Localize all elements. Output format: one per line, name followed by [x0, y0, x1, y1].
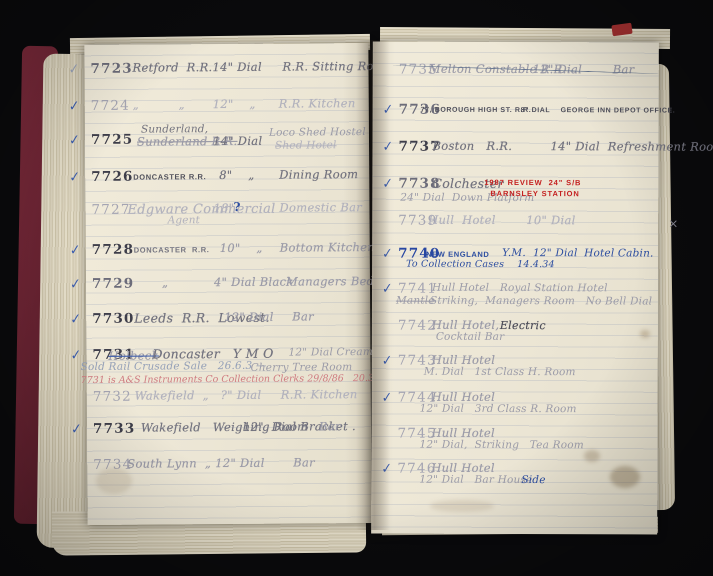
book-gutter — [356, 40, 390, 530]
entry-number: 7724 — [91, 100, 130, 114]
ledger-entry-7737: ✓ 7737 Boston R.R. 14" Dial Refreshment … — [372, 141, 684, 168]
entry-number: 7732 — [93, 391, 132, 405]
room-location: Bar — [319, 421, 341, 433]
struck-room: Shed Hotel — [275, 140, 337, 151]
entry-number: 7733 — [93, 423, 135, 437]
dial-size: 10" Dial — [526, 215, 575, 227]
ledger-entry-7726: ✓ 7726 Doncaster R.R. 8" „ Dining Room — [61, 169, 369, 197]
check-icon: ✓ — [70, 312, 81, 327]
ledger-entry-7739: 7739 Hull Hotel 10" Dial × — [372, 215, 684, 242]
check-icon: ✓ — [71, 422, 82, 437]
room-location: Bar — [293, 457, 315, 469]
ledger-entry-7744: ✓ 7744 Hull Hotel 12" Dial 3rd Class R. … — [372, 392, 684, 423]
check-icon: ✓ — [69, 99, 80, 114]
hotel-name: Hull Hotel Royal Station Hotel — [432, 283, 608, 294]
entry-number: 7728 — [92, 244, 134, 258]
ditto-mark: „ — [162, 277, 168, 289]
check-icon: ✓ — [70, 243, 81, 258]
dial-size: ?" Dial — [221, 390, 262, 402]
ledger-entry-7745: 7745 Hull Hotel 12" Dial, Striking Tea R… — [371, 427, 683, 458]
entry-number: 7727 — [91, 204, 130, 218]
ledger-entry-7734: 7734 South Lynn „ 12" Dial Bar — [63, 457, 371, 485]
dial-size: 12" Dial — [224, 312, 274, 324]
ledger-entry-7732: 7732 Wakefield „ ?" Dial R.R. Kitchen — [63, 389, 371, 417]
ledger-entry-7731: ✓ 7731 Holbeck Doncaster Y M O 12" Dial … — [62, 347, 370, 393]
ledger-entry-7735: 7735 Melton Constable R.R. 12" Dial Bar — [373, 64, 685, 91]
x-mark: × — [668, 218, 678, 230]
room-note: 12" Dial 3rd Class R. Room — [420, 404, 577, 415]
room-note: Striking, Managers Room No Bell Dial — [430, 296, 652, 307]
sold-note: Sold Rail Crusade Sale 26.6.3 — — [81, 361, 267, 373]
ledger-entry-7729: ✓ 7729 „ 4" Dial Black Managers Bedroom — [62, 276, 370, 304]
entry-number: 7725 — [91, 134, 133, 148]
red-station-annotation: Barnsley Station — [490, 190, 579, 198]
station-name: Edgware Commercial — [127, 203, 275, 217]
station-name-line2: Agent — [168, 215, 201, 226]
room-location: Cherry Tree Room — [251, 362, 353, 373]
room-location: R.R. Kitchen — [279, 98, 356, 110]
room-location: Cocktail Bar — [436, 332, 505, 343]
room-location: R.R. Kitchen — [281, 389, 358, 401]
ledger-entry-7723: ✓ 7723 Retford R.R. 14" Dial R.R. Sittin… — [60, 61, 368, 89]
entry-number: 7723 — [90, 63, 132, 77]
dial-size: 8" Dial — [521, 107, 551, 114]
check-icon: ✓ — [69, 170, 80, 185]
room-location: Domestic Bar — [279, 202, 362, 214]
hotel-name: Hull Hotel — [432, 392, 496, 404]
hotel-name: Hull Hotel — [428, 215, 496, 227]
station-name: Wakefield „ — [135, 390, 209, 402]
hotel-name: Hull Hotel, — [432, 320, 500, 332]
query-mark: ? — [233, 201, 240, 213]
struck-word: Mantle — [396, 296, 435, 307]
red-review-annotation: 1987 Review 24" S/B — [484, 179, 581, 187]
ledger-right-page: 7735 Melton Constable R.R. 12" Dial Bar … — [371, 42, 659, 535]
dial-size: 14" Dial Refreshment Room Bar — [550, 141, 713, 153]
ledger-entry-7730: ✓ 7730 Leeds R.R. Lowest. 12" Dial Bar — [62, 311, 370, 339]
check-icon: ✓ — [70, 277, 81, 292]
room-note: 12" Dial Bar House — [419, 475, 532, 486]
station-name: 77, Borough High St. R.R. — [421, 107, 532, 114]
ledger-entry-7727: 7727 Edgware Commercial Agent 18" ? Dome… — [61, 202, 369, 230]
hotel-name: Hull Hotel — [431, 463, 495, 475]
station-name: Doncaster R.R. — [134, 246, 210, 254]
dial-size: 14" Dial — [212, 62, 262, 74]
collection-note: To Collection Cases 14.4.34 — [406, 260, 555, 270]
ledger-left-page: ✓ 7723 Retford R.R. 14" Dial R.R. Sittin… — [84, 43, 371, 525]
entry-number: 7726 — [91, 171, 133, 185]
room-location: Dining Room — [279, 169, 358, 181]
dial-size: 12" „ — [213, 99, 256, 111]
ledger-entry-7743: ✓ 7743 Hull Hotel M. Dial 1st Class H. R… — [372, 355, 684, 386]
room-note: M. Dial 1st Class H. Room — [424, 367, 576, 378]
dial-size: 12" Dial — [215, 458, 265, 470]
room-location: Bar — [292, 311, 314, 323]
ledger-photo: ✓ 7723 Retford R.R. 14" Dial R.R. Sittin… — [0, 0, 713, 576]
ledger-entry-7741: ✓ 7741 Hull Hotel Royal Station Hotel Ma… — [372, 283, 684, 314]
check-icon: ✓ — [69, 133, 80, 148]
ledger-entry-7738: ✓ 7738 Colchester 24" Dial Down Platform… — [372, 178, 684, 213]
dial-size: Y.M. 12" Dial — [502, 248, 577, 259]
hotel-name: Hull Hotel — [432, 355, 496, 367]
ledger-entry-7740: ✓ 7740 New England Y.M. 12" Dial Hotel C… — [372, 248, 684, 279]
station-name: Boston R.R. — [432, 141, 512, 153]
room-location: Hotel Cabin. — [584, 248, 654, 259]
station-name: Doncaster R.R. — [133, 173, 206, 181]
hotel-name: Hull Hotel — [431, 428, 495, 440]
entry-number: 7729 — [92, 278, 134, 292]
ditto-marks: „ „ — [133, 99, 185, 111]
dial-size: 8" „ — [219, 170, 254, 182]
ledger-entry-7725: ✓ 7725 Sunderland, Sunderland R.R. 14" D… — [61, 132, 369, 160]
side-note-blue: Side — [521, 475, 545, 486]
ledger-entry-7742: 7742 Hull Hotel, Electric Cocktail Bar — [372, 320, 684, 351]
dial-size: 18" — [213, 203, 234, 215]
room-location: Bar — [613, 64, 635, 76]
ledger-entry-7736: ✓ 7736 77, Borough High St. R.R. 8" Dial… — [373, 104, 685, 131]
room-location: George Inn Depot Office. — [561, 107, 676, 114]
ledger-entry-7733: ✓ 7733 Wakefield Weighing Room 12" Dial … — [63, 421, 371, 449]
check-icon: ✓ — [68, 62, 79, 77]
ledger-entry-7724: ✓ 7724 „ „ 12" „ R.R. Kitchen — [61, 98, 369, 126]
dial-size: 14" Dial — [213, 136, 263, 148]
electric-note: Electric — [500, 320, 546, 331]
dial-size: 4" Dial Black — [214, 277, 294, 289]
ledger-entry-7746: ✓ 7746 Hull Hotel 12" Dial Bar House Sid… — [371, 462, 683, 493]
station-name: Retford R.R. — [132, 62, 212, 74]
station-name: South Lynn „ — [127, 458, 211, 470]
ledger-entry-7728: ✓ 7728 Doncaster R.R. 10" „ Bottom Kitch… — [62, 242, 370, 270]
entry-number: 7730 — [92, 313, 134, 327]
room-location: Loco Shed Hostel — [269, 127, 366, 138]
room-note: 12" Dial, Striking Tea Room — [419, 440, 583, 451]
dial-size: 10" „ — [220, 243, 263, 255]
station-name: New England — [426, 251, 489, 259]
